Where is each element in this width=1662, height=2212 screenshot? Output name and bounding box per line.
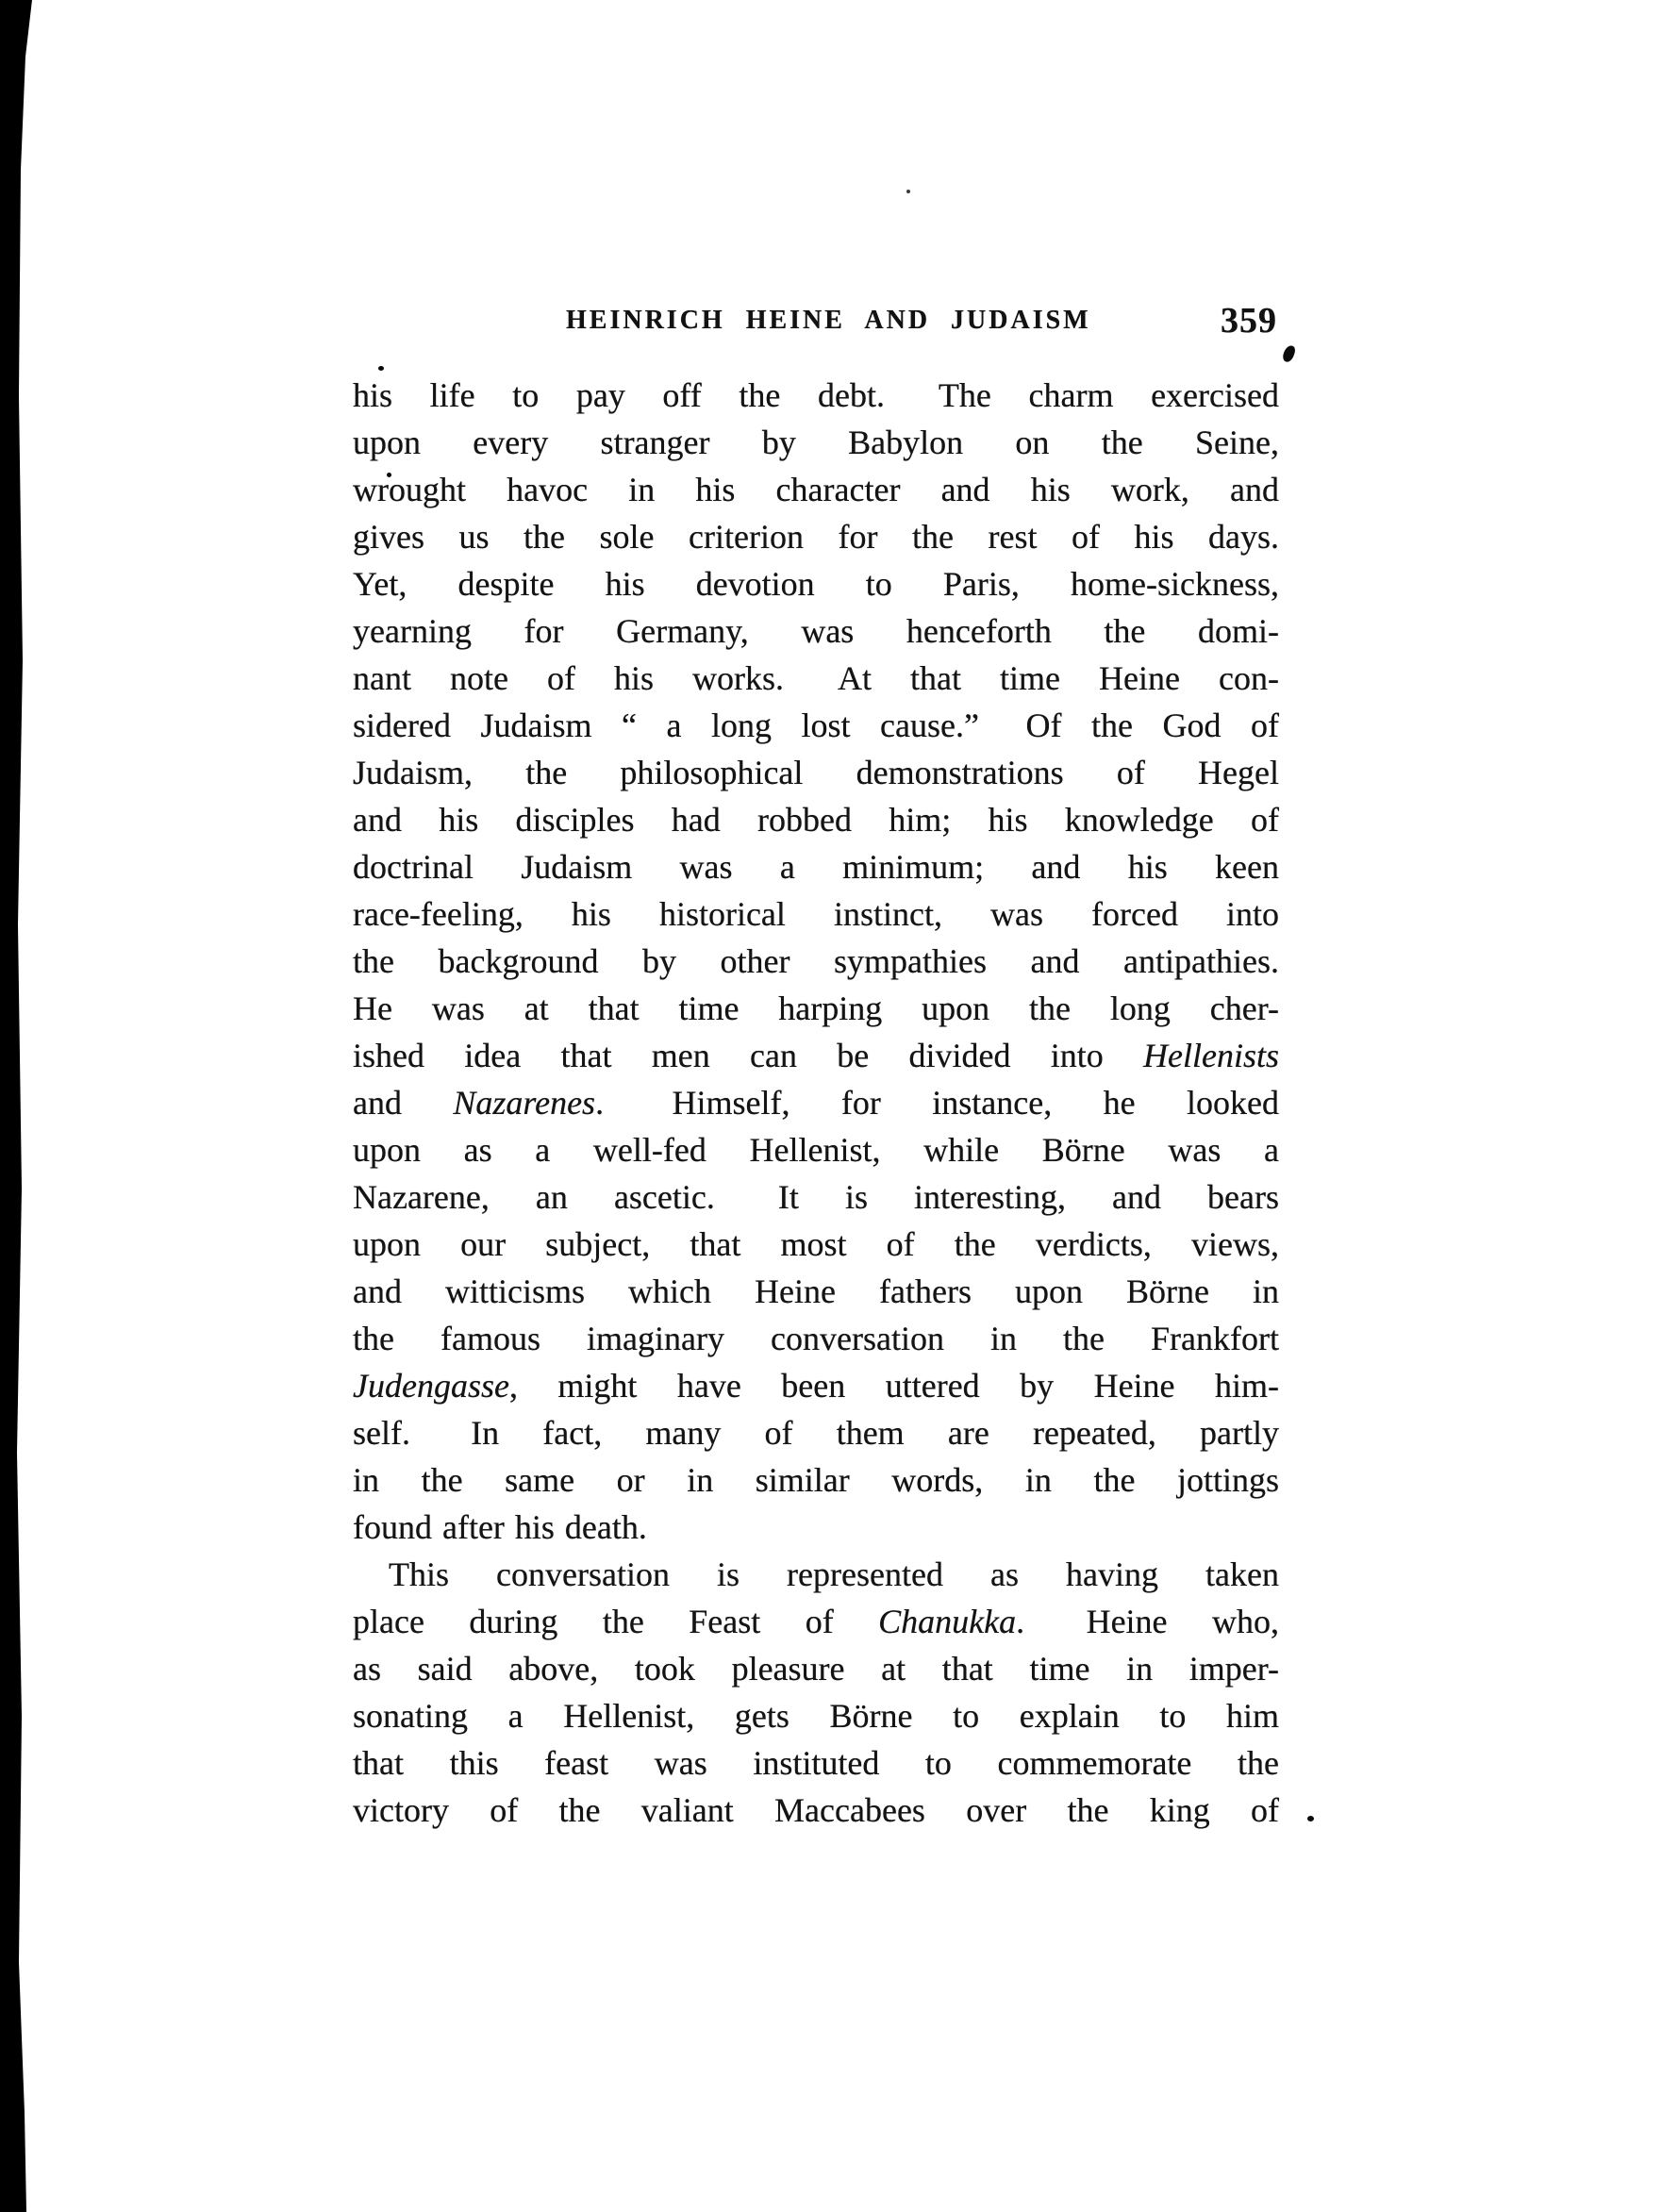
text-line: upon our subject, that most of the verdi… — [353, 1221, 1279, 1268]
italic-term: Nazarenes — [453, 1084, 595, 1122]
text-line: yearning for Germany, was henceforth the… — [353, 607, 1279, 655]
running-header: HEINRICH HEINE AND JUDAISM 359 — [353, 289, 1279, 341]
text-segment: He was at that time harping upon the lon… — [353, 990, 1279, 1027]
text-segment: This conversation is represented as havi… — [389, 1555, 1279, 1593]
text-segment: the famous imaginary conversation in the… — [353, 1320, 1279, 1357]
text-segment: found after his death. — [353, 1508, 647, 1546]
text-segment: Yet, despite his devotion to Paris, home… — [353, 565, 1279, 603]
text-line: and his disciples had robbed him; his kn… — [353, 796, 1279, 843]
text-segment: upon our subject, that most of the verdi… — [353, 1225, 1279, 1263]
book-page-scan: HEINRICH HEINE AND JUDAISM 359 his life … — [0, 0, 1662, 2212]
text-segment: and — [353, 1084, 453, 1122]
text-line: sidered Judaism “ a long lost cause.” Of… — [353, 702, 1279, 749]
italic-term: Chanukka — [878, 1603, 1016, 1640]
text-line: victory of the valiant Maccabees over th… — [353, 1787, 1279, 1834]
text-segment: sonating a Hellenist, gets Börne to expl… — [353, 1697, 1279, 1735]
text-line: wrought havoc in his character and his w… — [353, 466, 1279, 513]
text-segment: race-feeling, his historical instinct, w… — [353, 895, 1279, 933]
text-line: self. In fact, many of them are repeated… — [353, 1409, 1279, 1456]
ink-dot-artifact — [378, 366, 384, 371]
text-line: He was at that time harping upon the lon… — [353, 985, 1279, 1032]
text-line: that this feast was instituted to commem… — [353, 1739, 1279, 1787]
text-line: Judaism, the philosophical demonstration… — [353, 749, 1279, 796]
text-line: upon every stranger by Babylon on the Se… — [353, 419, 1279, 466]
text-line: race-feeling, his historical instinct, w… — [353, 890, 1279, 938]
text-segment: his life to pay off the debt. The charm … — [353, 376, 1279, 414]
text-line: Yet, despite his devotion to Paris, home… — [353, 560, 1279, 607]
text-line: in the same or in similar words, in the … — [353, 1456, 1279, 1504]
text-segment: upon every stranger by Babylon on the Se… — [353, 424, 1279, 461]
text-line: and witticisms which Heine fathers upon … — [353, 1268, 1279, 1315]
text-segment: in the same or in similar words, in the … — [353, 1461, 1279, 1499]
ink-blot-artifact — [1281, 344, 1296, 364]
text-line: and Nazarenes. Himself, for instance, he… — [353, 1079, 1279, 1126]
text-segment: . Himself, for instance, he looked — [595, 1084, 1279, 1122]
text-line: as said above, took pleasure at that tim… — [353, 1645, 1279, 1692]
text-segment: nant note of his works. At that time Hei… — [353, 659, 1279, 697]
text-line: found after his death. — [353, 1504, 1279, 1551]
text-segment: place during the Feast of — [353, 1603, 878, 1640]
text-line: This conversation is represented as havi… — [353, 1551, 1279, 1598]
text-segment: doctrinal Judaism was a minimum; and his… — [353, 848, 1279, 886]
text-segment: victory of the valiant Maccabees over th… — [353, 1791, 1279, 1829]
text-line: sonating a Hellenist, gets Börne to expl… — [353, 1692, 1279, 1739]
text-segment: sidered Judaism “ a long lost cause.” Of… — [353, 707, 1279, 744]
text-line: the background by other sympathies and a… — [353, 938, 1279, 985]
page-number: 359 — [1221, 300, 1277, 341]
text-line: upon as a well-fed Hellenist, while Börn… — [353, 1126, 1279, 1173]
text-segment: and his disciples had robbed him; his kn… — [353, 801, 1279, 839]
text-segment: that this feast was instituted to commem… — [353, 1744, 1279, 1782]
text-segment: upon as a well-fed Hellenist, while Börn… — [353, 1131, 1279, 1169]
italic-term: Hellenists — [1143, 1037, 1279, 1074]
text-segment: Judaism, the philosophical demonstration… — [353, 754, 1279, 791]
running-header-title: HEINRICH HEINE AND JUDAISM — [566, 306, 1091, 336]
text-line: doctrinal Judaism was a minimum; and his… — [353, 843, 1279, 890]
scan-gutter-artifact — [0, 0, 38, 2212]
ink-dot-artifact — [906, 190, 910, 193]
text-line: nant note of his works. At that time Hei… — [353, 655, 1279, 702]
text-segment: yearning for Germany, was henceforth the… — [353, 612, 1279, 650]
text-segment: , might have been uttered by Heine him- — [509, 1367, 1279, 1405]
ink-dot-artifact — [1307, 1816, 1314, 1821]
italic-term: Judengasse — [353, 1367, 509, 1405]
text-segment: and witticisms which Heine fathers upon … — [353, 1272, 1279, 1310]
text-line: his life to pay off the debt. The charm … — [353, 372, 1279, 419]
text-line: ished idea that men can be divided into … — [353, 1032, 1279, 1079]
text-line: gives us the sole criterion for the rest… — [353, 513, 1279, 560]
text-segment: self. In fact, many of them are repeated… — [353, 1414, 1279, 1452]
text-segment: the background by other sympathies and a… — [353, 942, 1279, 980]
text-segment: gives us the sole criterion for the rest… — [353, 518, 1279, 556]
text-segment: . Heine who, — [1016, 1603, 1279, 1640]
text-segment: as said above, took pleasure at that tim… — [353, 1650, 1279, 1688]
text-line: place during the Feast of Chanukka. Hein… — [353, 1598, 1279, 1645]
text-segment: wrought havoc in his character and his w… — [353, 471, 1279, 508]
text-line: the famous imaginary conversation in the… — [353, 1315, 1279, 1362]
text-line: Nazarene, an ascetic. It is interesting,… — [353, 1173, 1279, 1221]
text-segment: ished idea that men can be divided into — [353, 1037, 1143, 1074]
text-segment: Nazarene, an ascetic. It is interesting,… — [353, 1178, 1279, 1216]
body-text-block: his life to pay off the debt. The charm … — [353, 372, 1279, 1834]
text-line: Judengasse, might have been uttered by H… — [353, 1362, 1279, 1409]
